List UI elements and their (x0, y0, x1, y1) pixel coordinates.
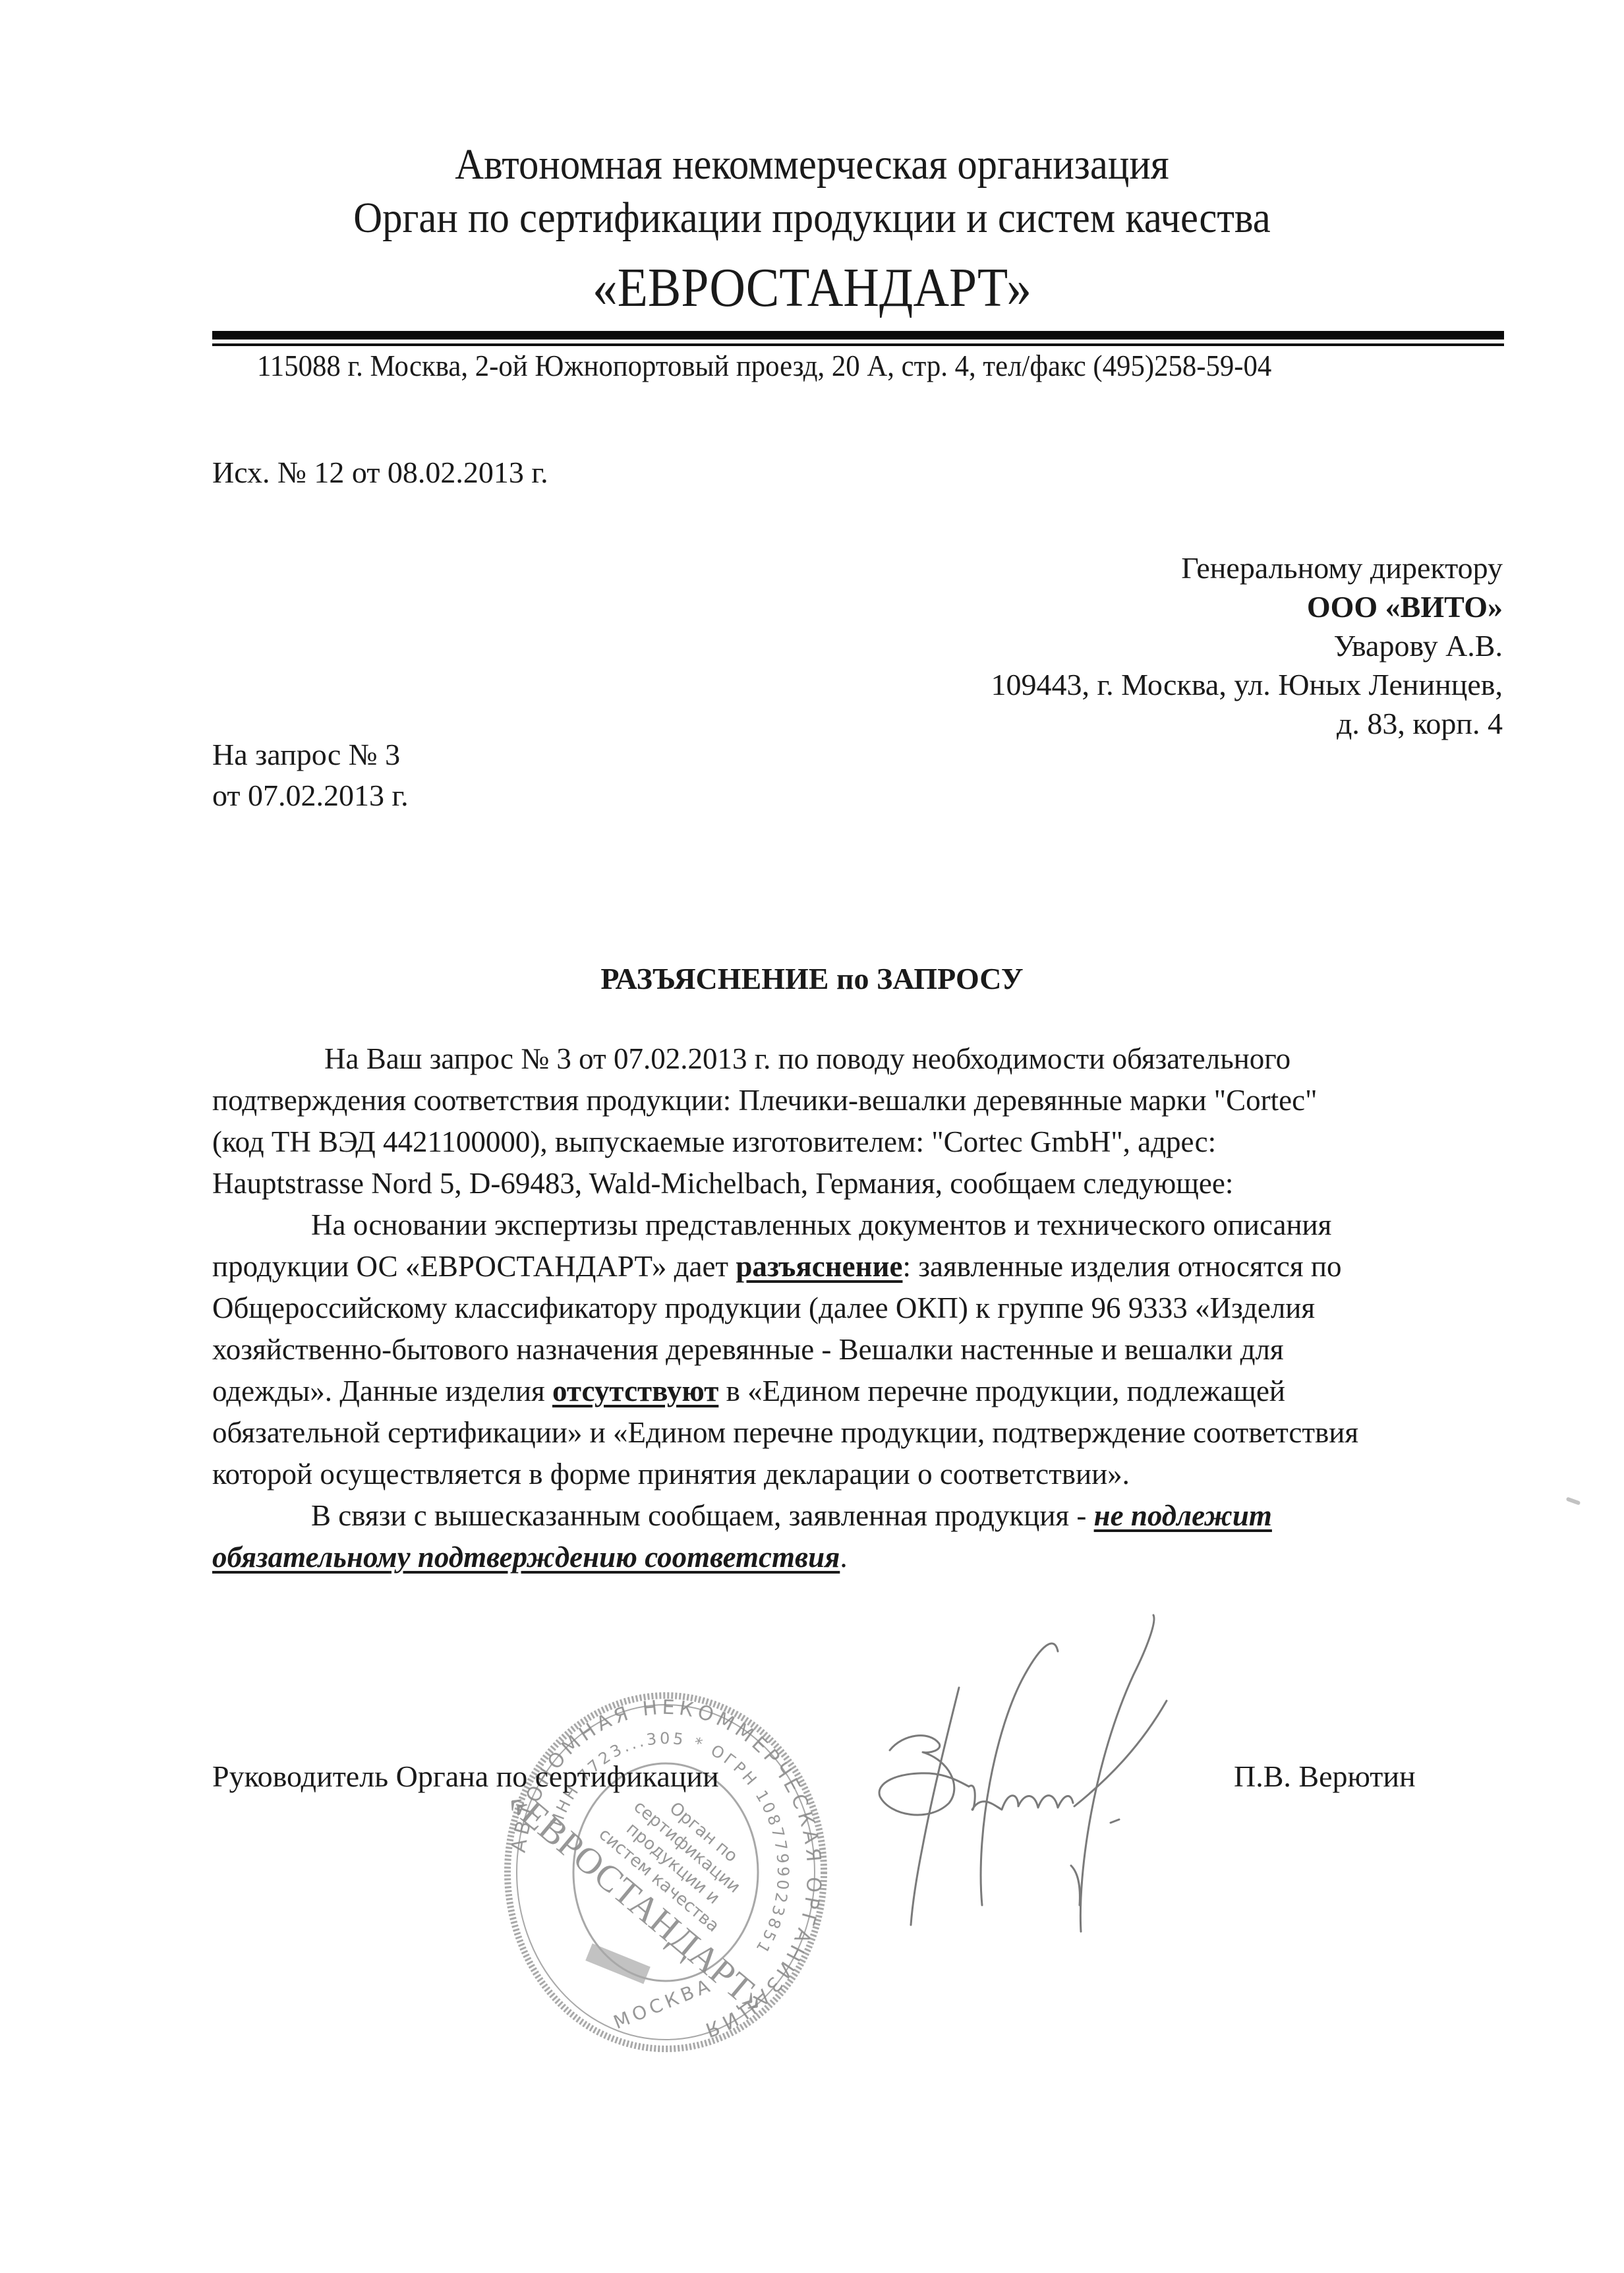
body-p2-line: продукции ОС «ЕВРОСТАНДАРТ» дает разъясн… (212, 1246, 1479, 1287)
body-text-run: . (840, 1541, 847, 1574)
letterhead-org-name: «ЕВРОСТАНДАРТ» (81, 256, 1543, 320)
signatory-name: П.В. Верютин (1234, 1759, 1416, 1794)
body-text-run: продукции ОС «ЕВРОСТАНДАРТ» дает (212, 1250, 736, 1283)
emphasis-conclusion: обязательному подтверждению соответствия (212, 1541, 840, 1574)
letterhead-rule-thick (212, 331, 1504, 339)
emphasis-clarification: разъяснение (736, 1250, 902, 1283)
body-p3-line: В связи с вышесказанным сообщаем, заявле… (212, 1495, 1479, 1537)
body-p2-line: одежды». Данные изделия отсутствуют в «Е… (212, 1371, 1479, 1412)
body-p1-line: подтверждения соответствия продукции: Пл… (212, 1080, 1479, 1121)
letterhead-org-description: Орган по сертификации продукции и систем… (65, 193, 1559, 243)
body-text-run: В связи с вышесказанным сообщаем, заявле… (311, 1499, 1094, 1532)
incoming-reference-date: от 07.02.2013 г. (212, 778, 409, 813)
letterhead-org-type: Автономная некоммерческая организация (65, 140, 1559, 190)
body-text-run: в «Едином перечне продукции, подлежащей (718, 1374, 1285, 1407)
recipient-position: Генеральному директору (991, 548, 1503, 587)
body-p2-line: обязательной сертификации» и «Едином пер… (212, 1412, 1479, 1454)
body-text-run: : заявленные изделия относятся по (902, 1250, 1341, 1283)
scan-artifact (1566, 1496, 1581, 1505)
emphasis-absent: отсутствуют (552, 1374, 718, 1407)
document-title: РАЗЪЯСНЕНИЕ по ЗАПРОСУ (0, 961, 1624, 996)
recipient-address-line2: д. 83, корп. 4 (991, 704, 1503, 743)
body-p2-line: На основании экспертизы представленных д… (212, 1204, 1479, 1246)
handwritten-signature-icon (857, 1595, 1226, 1938)
letterhead-rule-thin (212, 343, 1504, 346)
official-stamp-icon: АВТОНОМНАЯ НЕКОММЕРЧЕСКАЯ ОРГАНИЗАЦИЯ ИН… (501, 1688, 830, 2057)
letterhead-address: 115088 г. Москва, 2-ой Южнопортовый прое… (257, 348, 1391, 383)
emphasis-conclusion: не подлежит (1094, 1499, 1272, 1532)
recipient-person: Уварову А.В. (991, 626, 1503, 665)
body-p1-line: (код ТН ВЭД 4421100000), выпускаемые изг… (212, 1121, 1479, 1163)
body-p2-line: которой осуществляется в форме принятия … (212, 1454, 1479, 1495)
body-p3-line: обязательному подтверждению соответствия… (212, 1537, 1479, 1578)
incoming-reference-number: На запрос № 3 (212, 737, 400, 772)
recipient-block: Генеральному директору ООО «ВИТО» Уваров… (991, 548, 1503, 743)
body-p2-line: Общероссийскому классификатору продукции… (212, 1287, 1479, 1329)
letter-body: На Ваш запрос № 3 от 07.02.2013 г. по по… (212, 1038, 1479, 1578)
body-p2-line: хозяйственно-бытового назначения деревян… (212, 1329, 1479, 1371)
body-p1-line: Hauptstrasse Nord 5, D-69483, Wald-Miche… (212, 1163, 1479, 1204)
recipient-address-line1: 109443, г. Москва, ул. Юных Ленинцев, (991, 665, 1503, 704)
body-text-run: одежды». Данные изделия (212, 1374, 552, 1407)
signatory-role: Руководитель Органа по сертификации (212, 1759, 719, 1794)
outgoing-reference: Исх. № 12 от 08.02.2013 г. (212, 455, 548, 490)
body-p1-line: На Ваш запрос № 3 от 07.02.2013 г. по по… (212, 1038, 1479, 1080)
recipient-company: ООО «ВИТО» (991, 587, 1503, 626)
